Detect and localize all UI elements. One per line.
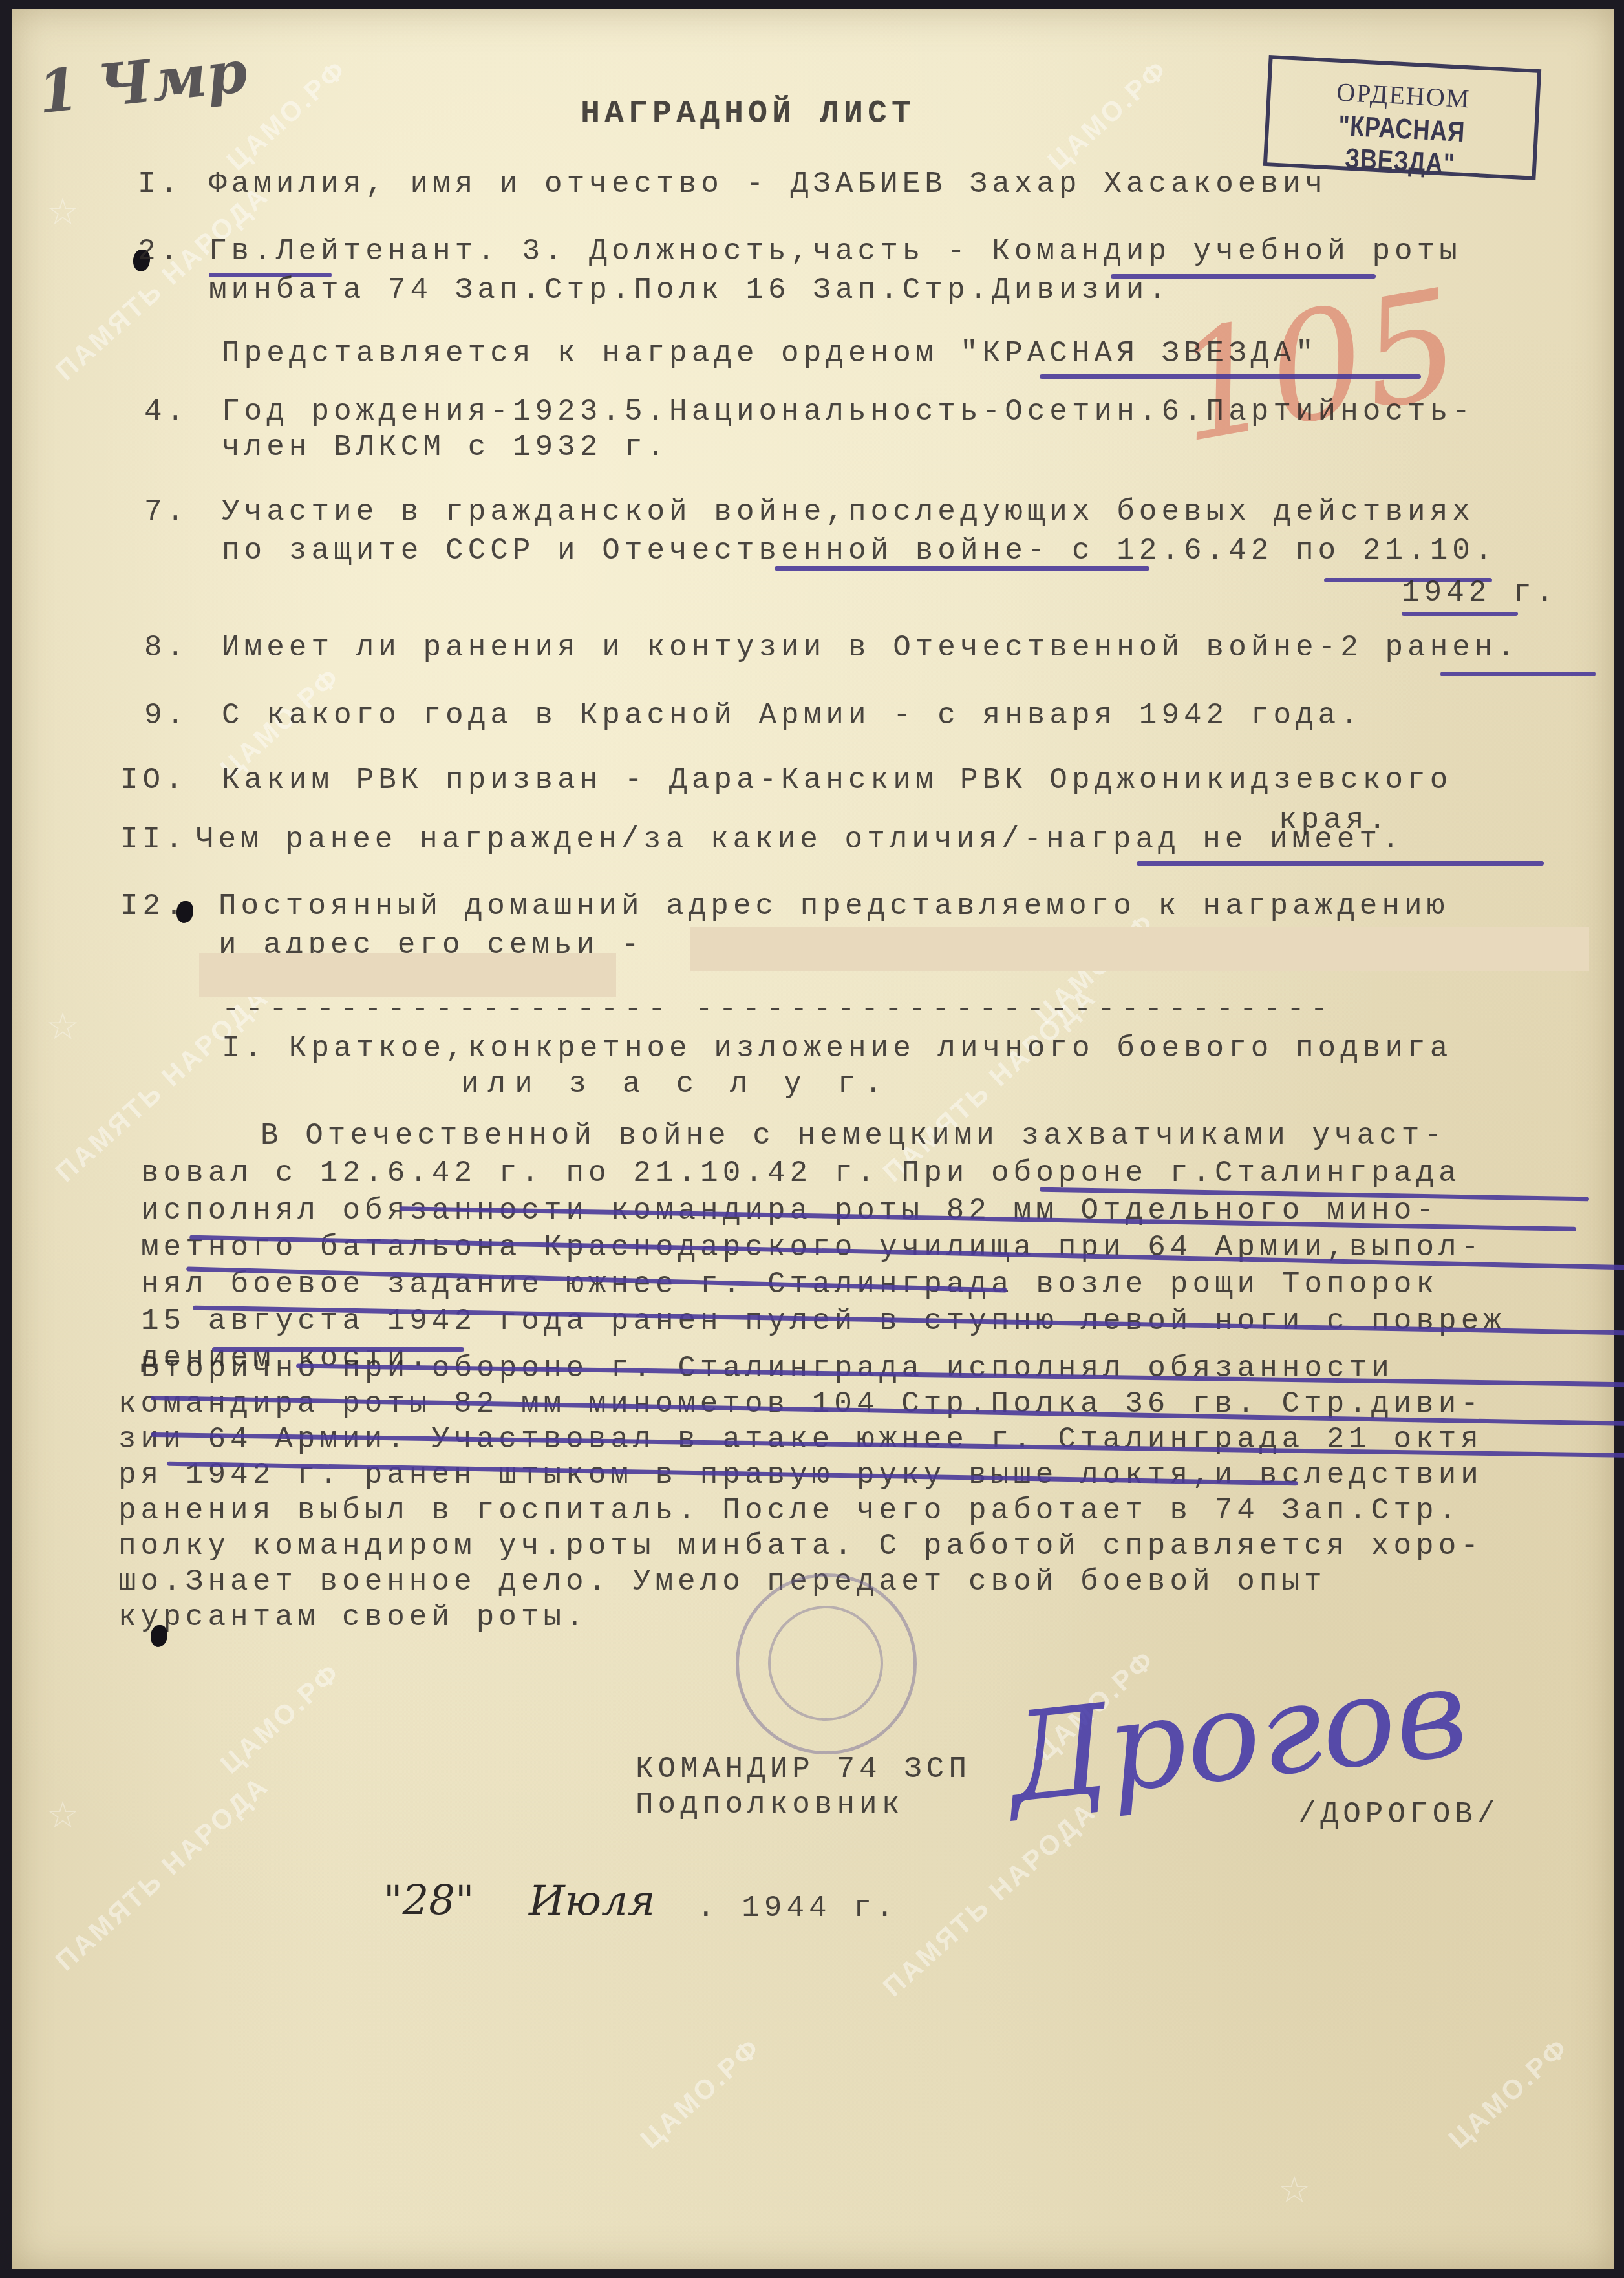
item-number: 4.	[144, 397, 189, 427]
item-text-rank-position: Гв.Лейтенант. 3. Должность,часть - Коман…	[209, 237, 1462, 266]
signer-position: КОМАНДИР 74 ЗСП	[636, 1754, 971, 1784]
ink-underline	[1402, 612, 1518, 616]
star-watermark-icon: ☆	[1279, 2155, 1310, 2219]
narrative-line: ранения выбыл в госпиталь. После чего ра…	[118, 1496, 1460, 1526]
redacted-address	[690, 927, 1589, 971]
ink-underline	[1040, 374, 1421, 379]
item-number: I2.	[120, 891, 187, 921]
item-text-name: Фамилия, имя и отчество - ДЗАБИЕВ Захар …	[209, 169, 1327, 199]
section-heading: I. Краткое,конкретное изложение личного …	[222, 1034, 1452, 1063]
date-day: "28"	[383, 1877, 474, 1925]
document-page: ЦАМО.РФ ЦАМО.РФ ПАМЯТЬ НАРОДА ЦАМО.РФ ЦА…	[12, 9, 1614, 2269]
ink-underline	[775, 566, 1149, 571]
signer-name: /ДОРОГОВ/	[1298, 1800, 1499, 1829]
item-text-participation-2: по защите СССР и Отечественной войне- с …	[222, 536, 1497, 566]
section-heading-2: или з а с л у г.	[461, 1069, 892, 1099]
narrative-line: курсантам своей роты.	[118, 1602, 588, 1632]
date-year: . 1944 г.	[697, 1893, 898, 1923]
item-number: 7.	[144, 497, 189, 527]
item-text-birth-nationality: Год рождения-1923.5.Национальность-Осети…	[222, 397, 1475, 427]
narrative-line: В Отечественной войне с немецкими захват…	[261, 1121, 1446, 1151]
narrative-line: шо.Знает военное дело. Умело передает св…	[118, 1567, 1327, 1597]
star-watermark-icon: ☆	[47, 177, 78, 241]
watermark: ЦАМО.РФ	[1443, 2032, 1575, 2155]
official-seal	[736, 1573, 917, 1754]
watermark: ЦАМО.РФ	[1042, 54, 1174, 177]
item-text-service-start: С какого года в Красной Армии - с января…	[222, 701, 1363, 730]
star-watermark-icon: ☆	[47, 1780, 78, 1844]
watermark: ПАМЯТЬ НАРОДА	[50, 1770, 275, 1977]
watermark: ЦАМО.РФ	[635, 2032, 767, 2155]
watermark: ЦАМО.РФ	[215, 1657, 347, 1780]
award-stamp: ОРДЕНОМ "КРАСНАЯ ЗВЕЗДА"	[1263, 55, 1541, 180]
star-watermark-icon: ☆	[47, 992, 78, 1056]
ink-underline	[1440, 672, 1596, 676]
narrative-line: командира роты 82 мм минометов 104 Стр.П…	[118, 1389, 1483, 1419]
item-number: 8.	[144, 633, 189, 663]
punch-hole	[151, 1625, 167, 1647]
item-text-unit: минбата 74 Зап.Стр.Полк 16 Зап.Стр.Дивиз…	[209, 275, 1171, 305]
item-number: II.	[120, 825, 187, 855]
signer-rank: Подполковник	[636, 1790, 904, 1820]
item-text-participation-3: 1942 г.	[1402, 578, 1558, 608]
item-text-wounds: Имеет ли ранения и контузии в Отечествен…	[222, 633, 1519, 663]
item-text-previous-awards: Чем ранее награжден/за какие отличия/-на…	[196, 825, 1404, 855]
handwritten-corner-note: 1 Чмр	[34, 37, 250, 127]
redacted-address	[199, 953, 616, 997]
item-number: 2.	[138, 237, 182, 266]
item-text-party: член ВЛКСМ с 1932 г.	[222, 432, 669, 462]
narrative-line: полку командиром уч.роты минбата. С рабо…	[118, 1531, 1483, 1561]
watermark: ПАМЯТЬ НАРОДА	[877, 1796, 1102, 2003]
item-number: IO.	[120, 765, 187, 795]
item-number: I.	[138, 169, 182, 199]
document-title: НАГРАДНОЙ ЛИСТ	[581, 98, 915, 131]
date-month: Июля	[529, 1877, 655, 1925]
ink-underline	[1137, 861, 1544, 866]
item-number: 9.	[144, 701, 189, 730]
item-text-address: Постоянный домашний адрес представляемог…	[219, 891, 1449, 921]
separator-line: ------------------- --------------------…	[222, 995, 1334, 1025]
award-nomination: Представляется к награде орденом "КРАСНА…	[222, 339, 1318, 368]
item-text-conscription: Каким РВК призван - Дара-Канским РВК Орд…	[222, 765, 1452, 795]
ink-underline	[212, 1347, 464, 1352]
item-text-participation: Участие в гражданской войне,последующих …	[222, 497, 1475, 527]
narrative-line: вовал с 12.6.42 г. по 21.10.42 г. При об…	[141, 1158, 1461, 1188]
